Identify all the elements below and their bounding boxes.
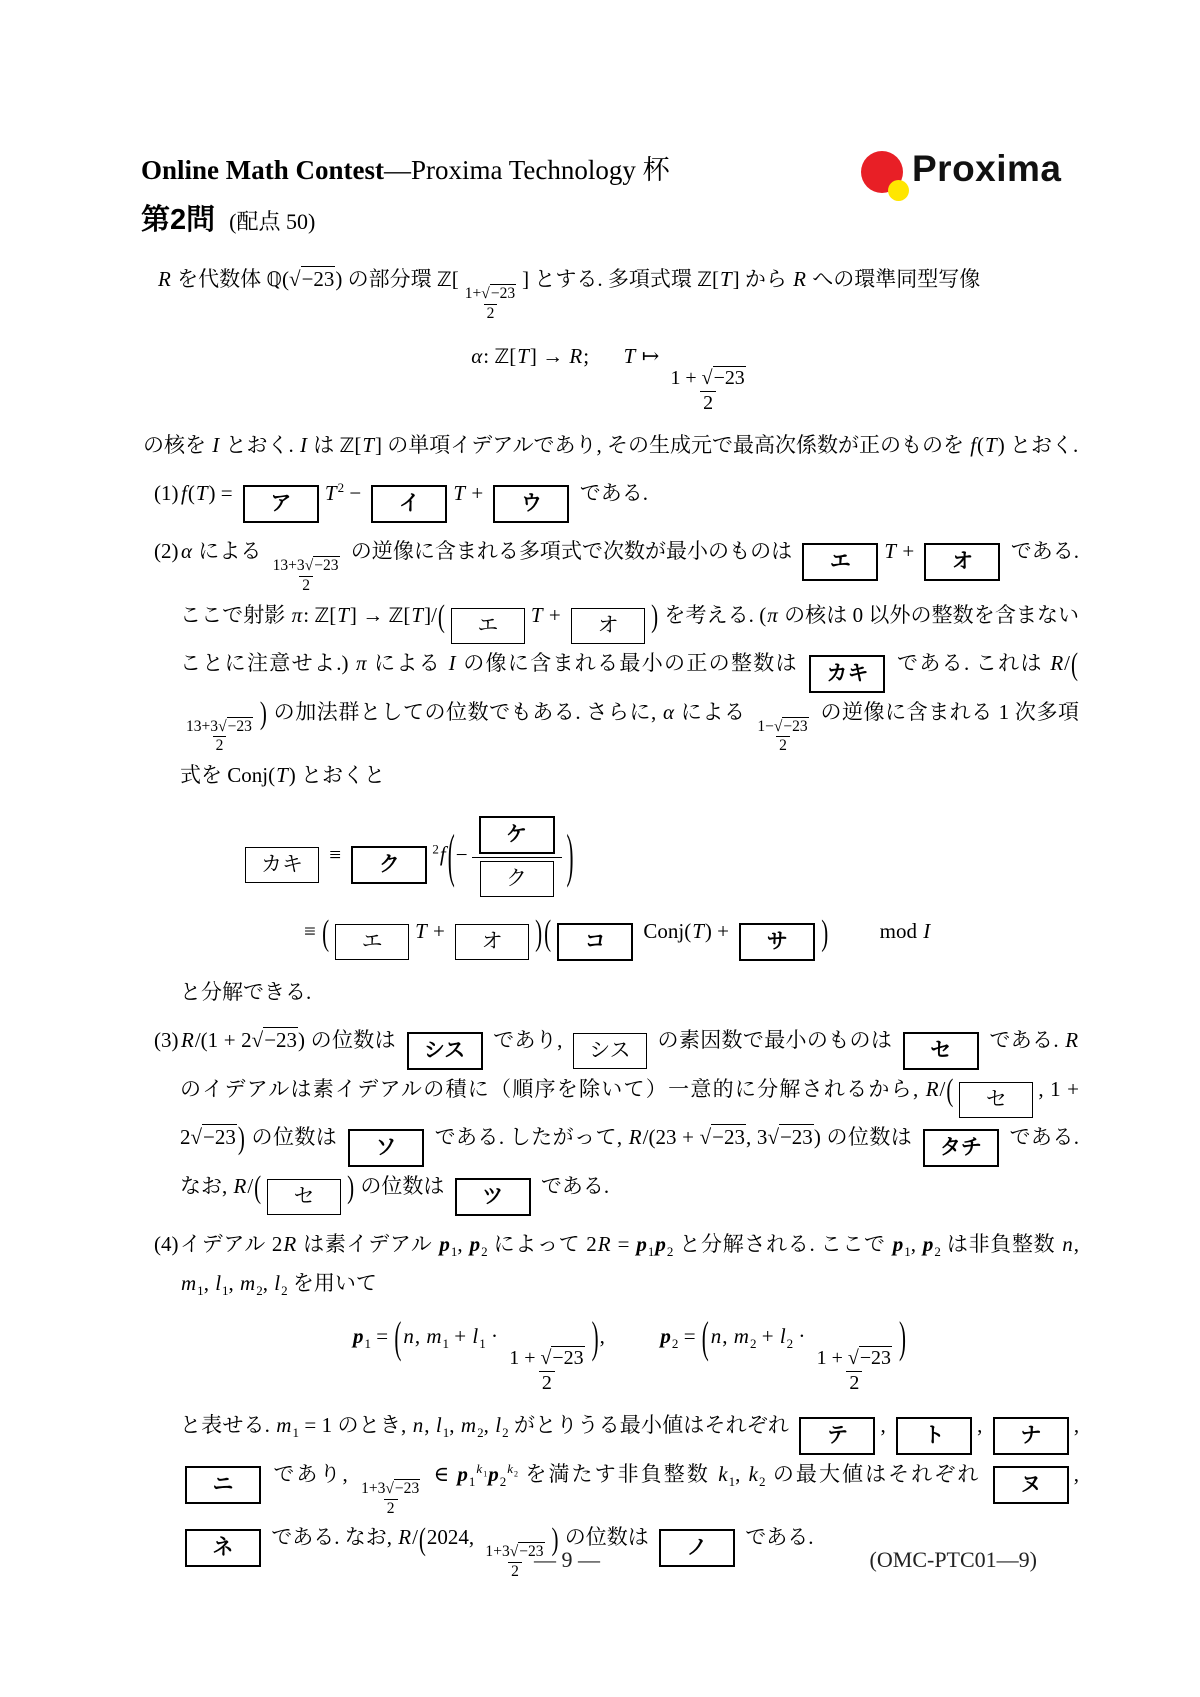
math-var: T	[623, 344, 637, 368]
text: =	[371, 1324, 393, 1348]
text: のイデアルは素イデアルの積に（順序を除いて）一意的に分解されるから,	[180, 1077, 925, 1101]
text: と分解できる.	[180, 980, 311, 1004]
equation-display: p1 = (n, m1 + l1 · 1 + √−232),p2 = (n, m…	[180, 1317, 1079, 1396]
text: 2	[387, 1500, 395, 1517]
page-number: — 9 —	[497, 1547, 637, 1573]
text: 2	[216, 737, 224, 754]
frak-ideal-p: p	[892, 1232, 905, 1256]
fraction: ケク	[471, 813, 563, 900]
math-var: l	[214, 1271, 222, 1295]
numerator: 1+3√−23	[358, 1480, 423, 1499]
text: , 3	[746, 1125, 767, 1149]
text: ,	[880, 1413, 891, 1437]
answer-box-オ: オ	[924, 543, 1000, 581]
problem-heading: 第2問(配点 50)	[141, 197, 670, 238]
denominator: 2	[846, 1371, 862, 1396]
text: 1 +	[817, 1347, 848, 1369]
text: 2	[302, 577, 310, 594]
fraction: 1 + √−232	[667, 367, 748, 416]
numerator: 1 + √−23	[814, 1347, 895, 1371]
text: ,	[977, 1413, 988, 1437]
big-paren: )	[237, 1110, 246, 1168]
sqrt: √−23	[481, 284, 516, 302]
text: ·	[486, 1324, 504, 1348]
text: ) の部分環	[335, 267, 437, 291]
radicand: −23	[202, 1124, 237, 1149]
denominator: 2	[299, 576, 313, 596]
text: (	[282, 267, 289, 291]
math-var: T	[275, 763, 289, 787]
answer-box-ク: ク	[480, 861, 554, 897]
answer-box-ヌ: ヌ	[993, 1466, 1069, 1504]
text: 1 +	[509, 1347, 540, 1369]
math-var: m	[425, 1324, 442, 1348]
logo-wordmark: Proxima	[912, 148, 1062, 190]
text: ) の位数は	[298, 1028, 402, 1052]
math-var: R	[1049, 651, 1064, 675]
radicand: −23	[490, 284, 516, 302]
problem-item-4: (4)イデアル 2R は素イデアル p1, p2 によって 2R = p1p2 …	[143, 1225, 1079, 1582]
math-var: R	[628, 1125, 643, 1149]
answer-box-ナ: ナ	[993, 1417, 1069, 1455]
text: の像に含まれる最小の正の整数は	[457, 651, 805, 675]
text: ,	[457, 1232, 468, 1256]
big-paren: (	[1070, 636, 1079, 694]
text: ,	[263, 1271, 274, 1295]
superscript: k2	[506, 1461, 518, 1476]
big-paren: )	[591, 1298, 600, 1380]
problem-body: R を代数体 ℚ(√−23) の部分環 ℤ[1+√−232] とする. 多項式環…	[143, 260, 1079, 1586]
math-var: R	[597, 1232, 612, 1256]
text: ) +	[705, 919, 734, 943]
text: 1+3	[361, 1480, 385, 1497]
answer-box-ニ: ニ	[185, 1466, 261, 1504]
text: 13+3	[186, 718, 218, 735]
answer-box-セ: セ	[959, 1082, 1033, 1118]
text: ,	[1074, 1462, 1079, 1486]
numerator: 1+√−23	[462, 285, 519, 304]
radicand: −23	[859, 1346, 892, 1369]
math-var: I	[922, 919, 931, 943]
equation-line-2: ≡ (エT + オ)(コ Conj(T) + サ)mod I	[240, 912, 1079, 961]
denominator: 2	[384, 1499, 398, 1519]
sqrt: √−23	[700, 1124, 746, 1149]
math-var: π	[291, 603, 304, 627]
text: (	[188, 481, 195, 505]
text: は非負整数	[941, 1232, 1061, 1256]
math-var: f	[180, 481, 188, 505]
item-number: (2)	[154, 532, 179, 571]
math-var: l	[779, 1324, 787, 1348]
answer-box-ケ: ケ	[479, 816, 555, 854]
text: +	[756, 1324, 778, 1348]
radicand: −23	[394, 1479, 420, 1497]
text: +	[428, 919, 450, 943]
math-var: T	[883, 539, 897, 563]
text: の位数は	[355, 1174, 450, 1198]
math-var: n	[710, 1324, 723, 1348]
big-paren: )	[346, 1159, 355, 1217]
math-var: R	[925, 1077, 940, 1101]
denominator: 2	[213, 736, 227, 756]
fraction: 13+3√−232	[270, 557, 343, 595]
frak-ideal-p: p	[352, 1324, 365, 1348]
sqrt: √−23	[218, 717, 253, 735]
text: ] →	[530, 344, 569, 368]
text: である.	[984, 1028, 1064, 1052]
math-var: k	[506, 1461, 514, 1476]
text: ,	[424, 1413, 435, 1437]
math-var: I	[448, 651, 457, 675]
math-var: l	[494, 1413, 502, 1437]
text: 2	[703, 392, 713, 414]
math-var: R	[397, 1525, 412, 1549]
equation-line-1: カキ ≡ ク2f(−ケク)	[240, 813, 1079, 900]
text: である. したがって,	[429, 1125, 628, 1149]
math-var: R	[157, 267, 172, 291]
radicand: −23	[551, 1346, 584, 1369]
fraction: 1−√−232	[754, 718, 811, 756]
problem-item-3: (3)R/(1 + 2√−23) の位数は シス であり, シス の素因数で最小…	[143, 1021, 1079, 1216]
math-var: k	[717, 1462, 728, 1486]
frak-ideal-p: p	[659, 1324, 672, 1348]
numerator: 1−√−23	[754, 718, 811, 737]
text: は	[308, 433, 340, 457]
item-number: (3)	[154, 1021, 179, 1060]
math-var: R	[1064, 1028, 1079, 1052]
subscript: 2	[500, 1474, 507, 1489]
blackboard-letter: ℤ	[437, 267, 452, 291]
text: ↦	[636, 344, 664, 368]
text: =	[678, 1324, 700, 1348]
text: ]/	[424, 603, 437, 627]
answer-box-セ: セ	[903, 1032, 979, 1070]
sqrt: √−23	[848, 1346, 892, 1369]
numerator: 13+3√−23	[183, 718, 256, 737]
sqrt: √−23	[305, 556, 340, 574]
contest-title-bold: Online Math Contest	[141, 155, 384, 185]
problem-number: 第2問	[141, 204, 215, 236]
contest-title: Online Math Contest—Proxima Technology 杯	[141, 148, 670, 187]
text: 13+3	[273, 557, 305, 574]
big-paren: (	[418, 1510, 427, 1568]
sqrt: √−23	[702, 366, 746, 389]
math-var: T	[530, 603, 544, 627]
sqrt: √−23	[191, 1124, 237, 1149]
blackboard-letter: ℤ	[389, 603, 404, 627]
math-var: T	[324, 481, 338, 505]
text: 2024,	[427, 1525, 480, 1549]
math-var: m	[275, 1413, 292, 1437]
radicand: −23	[711, 1124, 746, 1149]
radicand: −23	[782, 717, 808, 735]
superscript: 2	[432, 841, 439, 856]
text: ,	[229, 1271, 240, 1295]
denominator: 2	[776, 736, 790, 756]
paragraph: f(T) = アT2 − イT + ウ である.	[180, 474, 1079, 523]
answer-box-セ: セ	[267, 1179, 341, 1215]
denominator: ク	[472, 857, 562, 900]
fraction: 13+3√−232	[183, 718, 256, 756]
radicand: −23	[313, 556, 339, 574]
item-number: (4)	[154, 1225, 179, 1264]
big-paren: (	[253, 1159, 262, 1217]
math-var: f	[439, 842, 447, 866]
big-paren: )	[650, 588, 659, 646]
text: であり,	[488, 1028, 568, 1052]
text: −	[456, 842, 468, 866]
text: ·	[793, 1324, 811, 1348]
text: ] とする. 多項式環	[522, 267, 697, 291]
big-paren: )	[898, 1298, 907, 1380]
text: の位数は	[560, 1525, 655, 1549]
answer-box-ソ: ソ	[348, 1129, 424, 1167]
equation-display: α: ℤ[T] → R;T ↦ 1 + √−232	[143, 337, 1079, 416]
answer-box-カキ: カキ	[245, 847, 319, 883]
text: である. なお,	[266, 1525, 397, 1549]
paragraph: R を代数体 ℚ(√−23) の部分環 ℤ[1+√−232] とする. 多項式環…	[143, 260, 1079, 323]
answer-box-サ: サ	[739, 923, 815, 961]
math-var: π	[766, 603, 779, 627]
big-paren: (	[543, 900, 552, 966]
text: ] の単項イデアルであり, その生成元で最高次係数が正のものを	[375, 433, 969, 457]
blackboard-letter: ℚ	[266, 267, 282, 291]
answer-box-エ: エ	[451, 608, 525, 644]
math-var: R	[568, 344, 583, 368]
math-var: m	[180, 1271, 197, 1295]
document-header: Online Math Contest—Proxima Technology 杯…	[141, 148, 670, 238]
answer-box-ト: ト	[896, 1417, 972, 1455]
text: を代数体	[172, 267, 267, 291]
frak-ideal-p: p	[469, 1232, 482, 1256]
answer-box-タチ: タチ	[923, 1129, 999, 1167]
text: ,	[204, 1271, 215, 1295]
text: への環準同型写像	[807, 267, 980, 291]
text: ∈	[426, 1462, 456, 1486]
frak-ideal-p: p	[487, 1462, 500, 1486]
radicand: −23	[301, 266, 336, 291]
math-var: T	[410, 603, 424, 627]
math-var: α	[662, 700, 675, 724]
text: ] から	[733, 267, 793, 291]
text: ,	[722, 1324, 733, 1348]
text: 1 +	[670, 367, 701, 389]
blackboard-letter: ℤ	[314, 603, 329, 627]
answer-box-オ: オ	[455, 924, 529, 960]
frak-ideal-p: p	[654, 1232, 667, 1256]
answer-box-ク: ク	[351, 846, 427, 884]
text: +	[466, 481, 488, 505]
math-var: R	[233, 1174, 248, 1198]
answer-box-ネ: ネ	[185, 1529, 261, 1567]
text: の逆像に含まれる多項式で次数が最小のものは	[346, 539, 798, 563]
text: [	[452, 267, 459, 291]
big-paren: (	[701, 1298, 710, 1380]
text: =	[612, 1232, 636, 1256]
text: ;	[583, 344, 589, 368]
answer-box-コ: コ	[557, 923, 633, 961]
text: の素因数で最小のものは	[652, 1028, 898, 1052]
answer-box-ツ: ツ	[455, 1178, 531, 1216]
text: の加法群としての位数でもある. さらに,	[268, 700, 662, 724]
text: は素イデアル	[297, 1232, 438, 1256]
fraction: 1 + √−232	[814, 1347, 895, 1396]
text: である.	[740, 1525, 814, 1549]
numerator: ケ	[471, 813, 563, 857]
big-paren: (	[321, 900, 330, 966]
text: ,	[1074, 1232, 1079, 1256]
problem-points: (配点 50)	[229, 209, 315, 234]
math-var: l	[273, 1271, 281, 1295]
text: [	[712, 267, 719, 291]
math-var: l	[435, 1413, 443, 1437]
text: 2	[542, 1372, 552, 1394]
numerator: 1 + √−23	[506, 1347, 587, 1371]
big-paren: )	[820, 900, 829, 966]
item-number: (1)	[154, 474, 179, 513]
math-var: T	[195, 481, 209, 505]
big-paren: (	[393, 1298, 402, 1380]
sqrt: √−23	[774, 717, 809, 735]
fraction: 1 + √−232	[506, 1347, 587, 1396]
logo-yellow-circle-icon	[888, 180, 909, 201]
blackboard-letter: ℤ	[494, 344, 509, 368]
radicand: −23	[227, 717, 253, 735]
answer-box-イ: イ	[371, 485, 447, 523]
text: 2	[849, 1372, 859, 1394]
frak-ideal-p: p	[438, 1232, 451, 1256]
paragraph: R/(1 + 2√−23) の位数は シス であり, シス の素因数で最小のもの…	[180, 1021, 1079, 1216]
text: ,	[1074, 1413, 1079, 1437]
math-var: m	[460, 1413, 477, 1437]
paragraph: と分解できる.	[180, 973, 1079, 1012]
text: 1−	[757, 718, 774, 735]
paragraph: の核を I とおく. I は ℤ[T] の単項イデアルであり, その生成元で最高…	[143, 426, 1079, 465]
frak-ideal-p: p	[456, 1462, 469, 1486]
paragraph: α による 13+3√−232 の逆像に含まれる多項式で次数が最小のものは エT…	[180, 532, 1079, 795]
fraction: 1+3√−232	[358, 1480, 423, 1518]
radicand: −23	[779, 1124, 814, 1149]
text: による	[193, 539, 267, 563]
text: ,	[415, 1324, 426, 1348]
sqrt: √−23	[767, 1124, 813, 1149]
text: ≡	[304, 919, 321, 943]
text: がとりうる最小値はそれぞれ	[509, 1413, 795, 1437]
text: /(1 + 2	[195, 1028, 252, 1052]
frak-ideal-p: p	[635, 1232, 648, 1256]
problem-item-2: (2)α による 13+3√−232 の逆像に含まれる多項式で次数が最小のものは…	[143, 532, 1079, 1012]
text: による	[675, 700, 751, 724]
big-paren: (	[437, 588, 446, 646]
sqrt: √−23	[540, 1346, 584, 1369]
sqrt: √−23	[252, 1027, 298, 1052]
denominator: 2	[700, 391, 716, 416]
math-var: I	[211, 433, 220, 457]
text: ) とおく.	[998, 433, 1079, 457]
answer-box-ノ: ノ	[659, 1529, 735, 1567]
text: とおく.	[220, 433, 299, 457]
math-var: k	[748, 1462, 759, 1486]
text: (	[977, 433, 984, 457]
math-var: α	[470, 344, 483, 368]
text: +	[449, 1324, 471, 1348]
text: である.	[574, 481, 648, 505]
math-var: π	[355, 651, 368, 675]
answer-box-カキ: カキ	[809, 655, 885, 693]
paragraph: イデアル 2R は素イデアル p1, p2 によって 2R = p1p2 と分解…	[180, 1225, 1079, 1304]
math-var: R	[792, 267, 807, 291]
math-var: α	[180, 539, 193, 563]
problem-item-1: (1)f(T) = アT2 − イT + ウ である.	[143, 474, 1079, 523]
sqrt: √−23	[385, 1479, 420, 1497]
answer-box-エ: エ	[335, 924, 409, 960]
text: である. これは	[890, 651, 1049, 675]
blackboard-letter: ℤ	[697, 267, 712, 291]
sqrt: √−23	[289, 266, 335, 291]
answer-box-テ: テ	[799, 1417, 875, 1455]
numerator: 1 + √−23	[667, 367, 748, 391]
math-var: T	[414, 919, 428, 943]
denominator: 2	[484, 304, 498, 324]
text: 2	[779, 737, 787, 754]
math-var: T	[336, 603, 350, 627]
answer-box-エ: エ	[802, 543, 878, 581]
math-var: R	[180, 1028, 195, 1052]
equation-display: カキ ≡ ク2f(−ケク)≡ (エT + オ)(コ Conj(T) + サ)mo…	[240, 813, 1079, 961]
radicand: −23	[713, 366, 746, 389]
math-var: T	[516, 344, 530, 368]
text: ,	[449, 1413, 460, 1437]
math-var: m	[733, 1324, 750, 1348]
big-paren: (	[945, 1062, 954, 1120]
big-paren: )	[259, 685, 268, 743]
text: :	[303, 603, 314, 627]
big-paren: )	[534, 900, 543, 966]
text: と表せる.	[180, 1413, 275, 1437]
text: ] →	[350, 603, 389, 627]
text: ) =	[209, 481, 238, 505]
text: mod	[880, 919, 923, 943]
answer-box-ア: ア	[243, 485, 319, 523]
text: ≡	[324, 842, 346, 866]
text: であり,	[266, 1462, 355, 1486]
text: :	[483, 344, 494, 368]
math-var: I	[299, 433, 308, 457]
text: /(23 +	[643, 1125, 700, 1149]
big-paren: (	[447, 802, 456, 911]
text: ,	[911, 1232, 922, 1256]
text: −	[344, 481, 366, 505]
math-var: T	[719, 267, 733, 291]
math-var: T	[691, 919, 705, 943]
math-var: n	[412, 1413, 425, 1437]
text: による	[368, 651, 448, 675]
math-var: T	[984, 433, 998, 457]
doc-code: (OMC-PTC01—9)	[870, 1547, 1037, 1573]
text: 1+	[465, 285, 482, 302]
text: +	[544, 603, 566, 627]
denominator: 2	[539, 1371, 555, 1396]
math-var: n	[402, 1324, 415, 1348]
answer-box-ウ: ウ	[493, 485, 569, 523]
text: の位数は	[246, 1125, 343, 1149]
text: イデアル 2	[180, 1232, 282, 1256]
proxima-logo: Proxima	[861, 148, 1091, 210]
text: の最大値はそれぞれ	[766, 1462, 988, 1486]
text: = 1 のとき,	[299, 1413, 412, 1437]
radicand: −23	[263, 1027, 298, 1052]
text: の核を	[143, 433, 211, 457]
